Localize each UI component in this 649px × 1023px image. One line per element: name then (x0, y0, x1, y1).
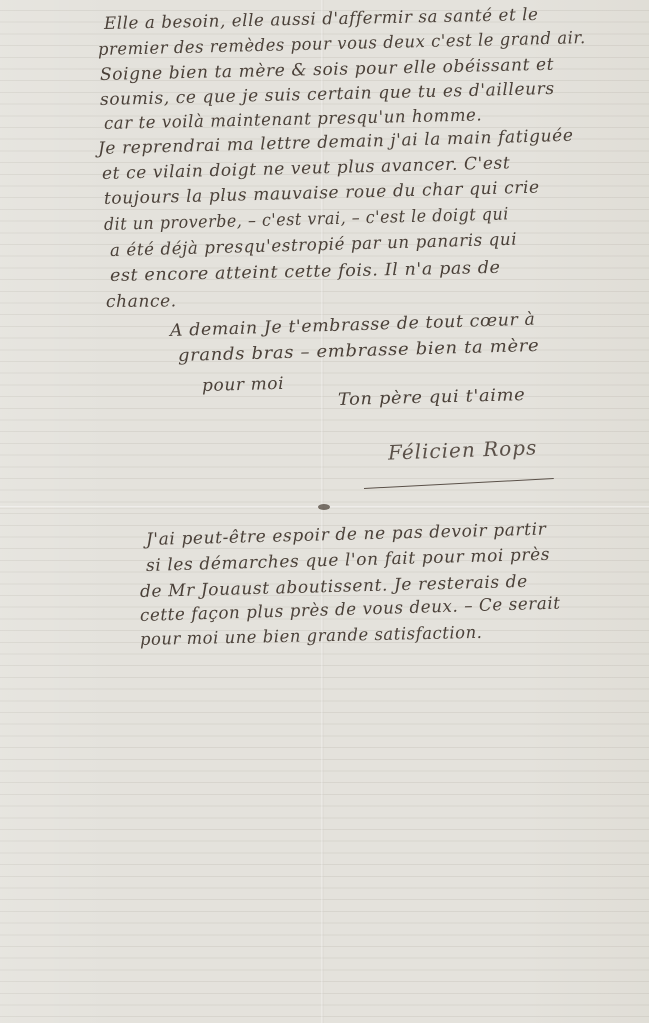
body-line-10: a été déjà presqu'estropié par un panari… (110, 230, 518, 261)
closing-line-1: A demain Je t'embrasse de tout cœur à (170, 310, 536, 341)
body-line-9: dit un proverbe, – c'est vrai, – c'est l… (104, 204, 509, 235)
fold-ink-blot (318, 504, 330, 510)
vertical-fold-crease (321, 0, 324, 1023)
valediction: Ton père qui t'aime (338, 385, 526, 410)
closing-line-2: grands bras – embrasse bien ta mère (178, 336, 540, 366)
postscript-line-1: J'ai peut-être espoir de ne pas devoir p… (146, 520, 547, 550)
body-line-12: chance. (106, 291, 177, 312)
postscript-line-5: pour moi une bien grande satisfaction. (140, 623, 483, 650)
signature: Félicien Rops (388, 435, 538, 464)
signature-underline (364, 478, 554, 489)
body-line-4: soumis, ce que je suis certain que tu es… (100, 79, 555, 110)
letter-page: Elle a besoin, elle aussi d'affermir sa … (0, 0, 649, 1023)
closing-line-3: pour moi (202, 374, 285, 396)
body-line-11: est encore atteint cette fois. Il n'a pa… (110, 258, 501, 286)
postscript-line-2: si les démarches que l'on fait pour moi … (146, 545, 551, 576)
